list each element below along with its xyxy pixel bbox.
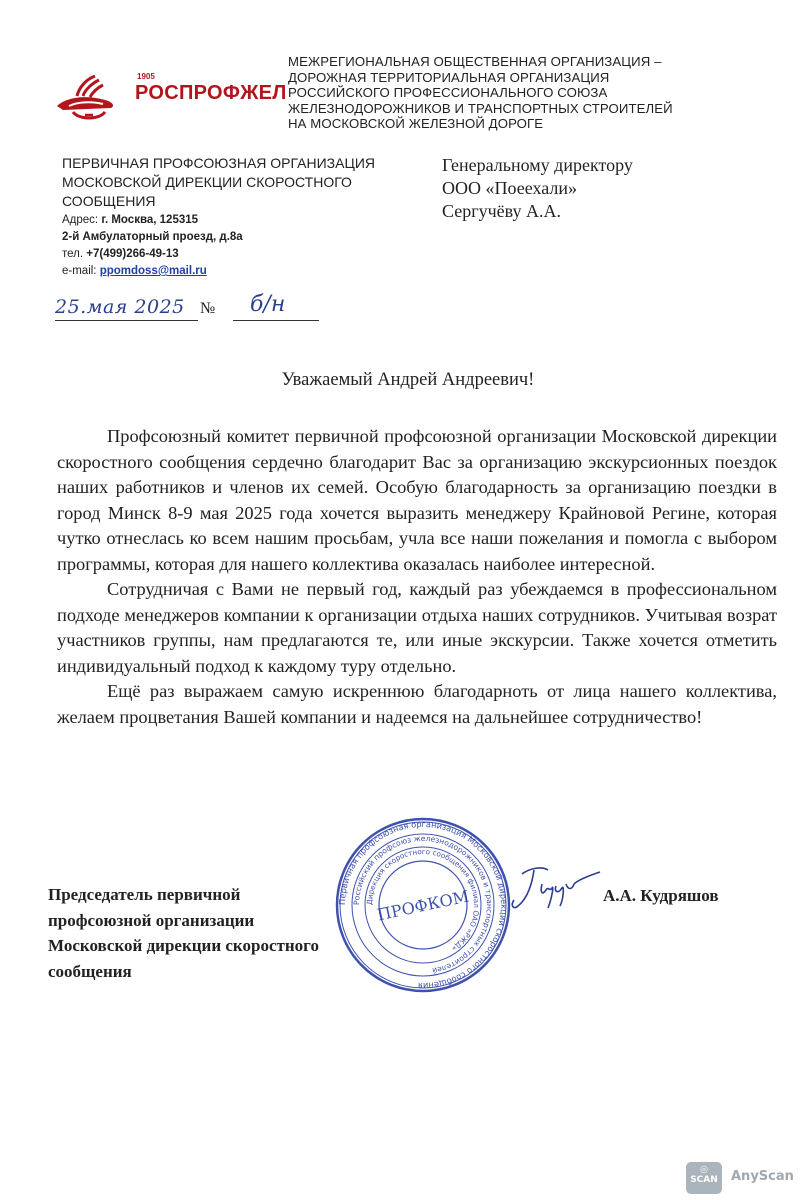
org-line: РОССИЙСКОГО ПРОФЕССИОНАЛЬНОГО СОЮЗА bbox=[288, 85, 788, 101]
train-wing-icon bbox=[55, 72, 133, 122]
anyscan-watermark: ◎SCAN AnyScan bbox=[686, 1162, 798, 1198]
date-underline bbox=[55, 320, 198, 321]
number-underline bbox=[233, 320, 319, 321]
sender-street: 2-й Амбулаторный проезд, д.8а bbox=[62, 229, 422, 246]
title-line: Московской дирекции скоростного bbox=[48, 933, 319, 959]
phone-value: +7(499)266-49-13 bbox=[86, 248, 178, 260]
signer-name: А.А. Кудряшов bbox=[603, 886, 719, 906]
sender-name: ПЕРВИЧНАЯ ПРОФСОЮЗНАЯ ОРГАНИЗАЦИЯ МОСКОВ… bbox=[62, 154, 422, 211]
scan-app-icon: ◎SCAN bbox=[686, 1162, 722, 1194]
logo-name: РОСПРОФЖЕЛ bbox=[135, 82, 287, 105]
org-line: ДОРОЖНАЯ ТЕРРИТОРИАЛЬНАЯ ОРГАНИЗАЦИЯ bbox=[288, 70, 788, 86]
org-line: ЖЕЛЕЗНОДОРОЖНИКОВ И ТРАНСПОРТНЫХ СТРОИТЕ… bbox=[288, 101, 788, 117]
address-city: г. Москва, 125315 bbox=[101, 214, 198, 226]
sender-phone: тел. +7(499)266-49-13 bbox=[62, 246, 422, 263]
address-label: Адрес: bbox=[62, 214, 101, 226]
sender-name-line: ПЕРВИЧНАЯ ПРОФСОЮЗНАЯ ОРГАНИЗАЦИЯ bbox=[62, 154, 422, 173]
org-line: НА МОСКОВСКОЙ ЖЕЛЕЗНОЙ ДОРОГЕ bbox=[288, 116, 788, 132]
handwritten-date: 25.мая 2025 bbox=[55, 296, 185, 318]
sender-name-line: СООБЩЕНИЯ bbox=[62, 192, 422, 211]
recipient-line: Генеральному директору bbox=[442, 154, 633, 177]
sender-address: Адрес: г. Москва, 125315 bbox=[62, 212, 422, 229]
handwritten-number: б/н bbox=[250, 292, 285, 317]
sender-email: e-mail: ppomdoss@mail.ru bbox=[62, 263, 422, 280]
salutation: Уважаемый Андрей Андреевич! bbox=[0, 370, 800, 391]
sender-contacts: Адрес: г. Москва, 125315 2-й Амбулаторны… bbox=[62, 212, 422, 280]
address-street: 2-й Амбулаторный проезд, д.8а bbox=[62, 231, 243, 243]
salutation-text: Уважаемый Андрей Андреевич! bbox=[282, 370, 535, 390]
paragraph: Сотрудничая с Вами не первый год, каждый… bbox=[57, 577, 777, 679]
stamp-center-text: ПРОФКОМ bbox=[376, 887, 471, 925]
letter-body: Профсоюзный комитет первичной профсоюзно… bbox=[57, 424, 777, 730]
recipient-line: Сергучёву А.А. bbox=[442, 200, 633, 223]
organization-header: МЕЖРЕГИОНАЛЬНАЯ ОБЩЕСТВЕННАЯ ОРГАНИЗАЦИЯ… bbox=[288, 54, 788, 132]
recipient-line: ООО «Поеехали» bbox=[442, 177, 633, 200]
scan-icon-label: SCAN bbox=[690, 1175, 718, 1185]
recipient-block: Генеральному директору ООО «Поеехали» Се… bbox=[442, 154, 633, 223]
signatory-title: Председатель первичной профсоюзной орган… bbox=[48, 882, 319, 984]
paragraph: Ещё раз выражаем самую искреннюю благода… bbox=[57, 679, 777, 730]
signature-scribble-icon bbox=[508, 862, 603, 922]
title-line: профсоюзной организации bbox=[48, 908, 319, 934]
paragraph: Профсоюзный комитет первичной профсоюзно… bbox=[57, 424, 777, 577]
phone-label: тел. bbox=[62, 248, 86, 260]
title-line: Председатель первичной bbox=[48, 882, 319, 908]
official-stamp: Первичная профсоюзная организация Москов… bbox=[333, 815, 513, 1000]
number-sign: № bbox=[200, 300, 215, 318]
handwritten-signature bbox=[508, 862, 603, 927]
sender-block: ПЕРВИЧНАЯ ПРОФСОЮЗНАЯ ОРГАНИЗАЦИЯ МОСКОВ… bbox=[62, 154, 422, 280]
email-label: e-mail: bbox=[62, 265, 100, 277]
rosprofzhel-logo: 1905 РОСПРОФЖЕЛ bbox=[55, 72, 270, 118]
stamp-seal-icon: Первичная профсоюзная организация Москов… bbox=[333, 815, 513, 995]
org-line: МЕЖРЕГИОНАЛЬНАЯ ОБЩЕСТВЕННАЯ ОРГАНИЗАЦИЯ… bbox=[288, 54, 788, 70]
title-line: сообщения bbox=[48, 959, 319, 985]
reference-line: 25.мая 2025 № б/н bbox=[55, 294, 320, 324]
logo-year: 1905 bbox=[137, 72, 155, 81]
watermark-app-name: AnyScan bbox=[731, 1169, 794, 1184]
sender-name-line: МОСКОВСКОЙ ДИРЕКЦИИ СКОРОСТНОГО bbox=[62, 173, 422, 192]
email-link[interactable]: ppomdoss@mail.ru bbox=[100, 265, 207, 277]
